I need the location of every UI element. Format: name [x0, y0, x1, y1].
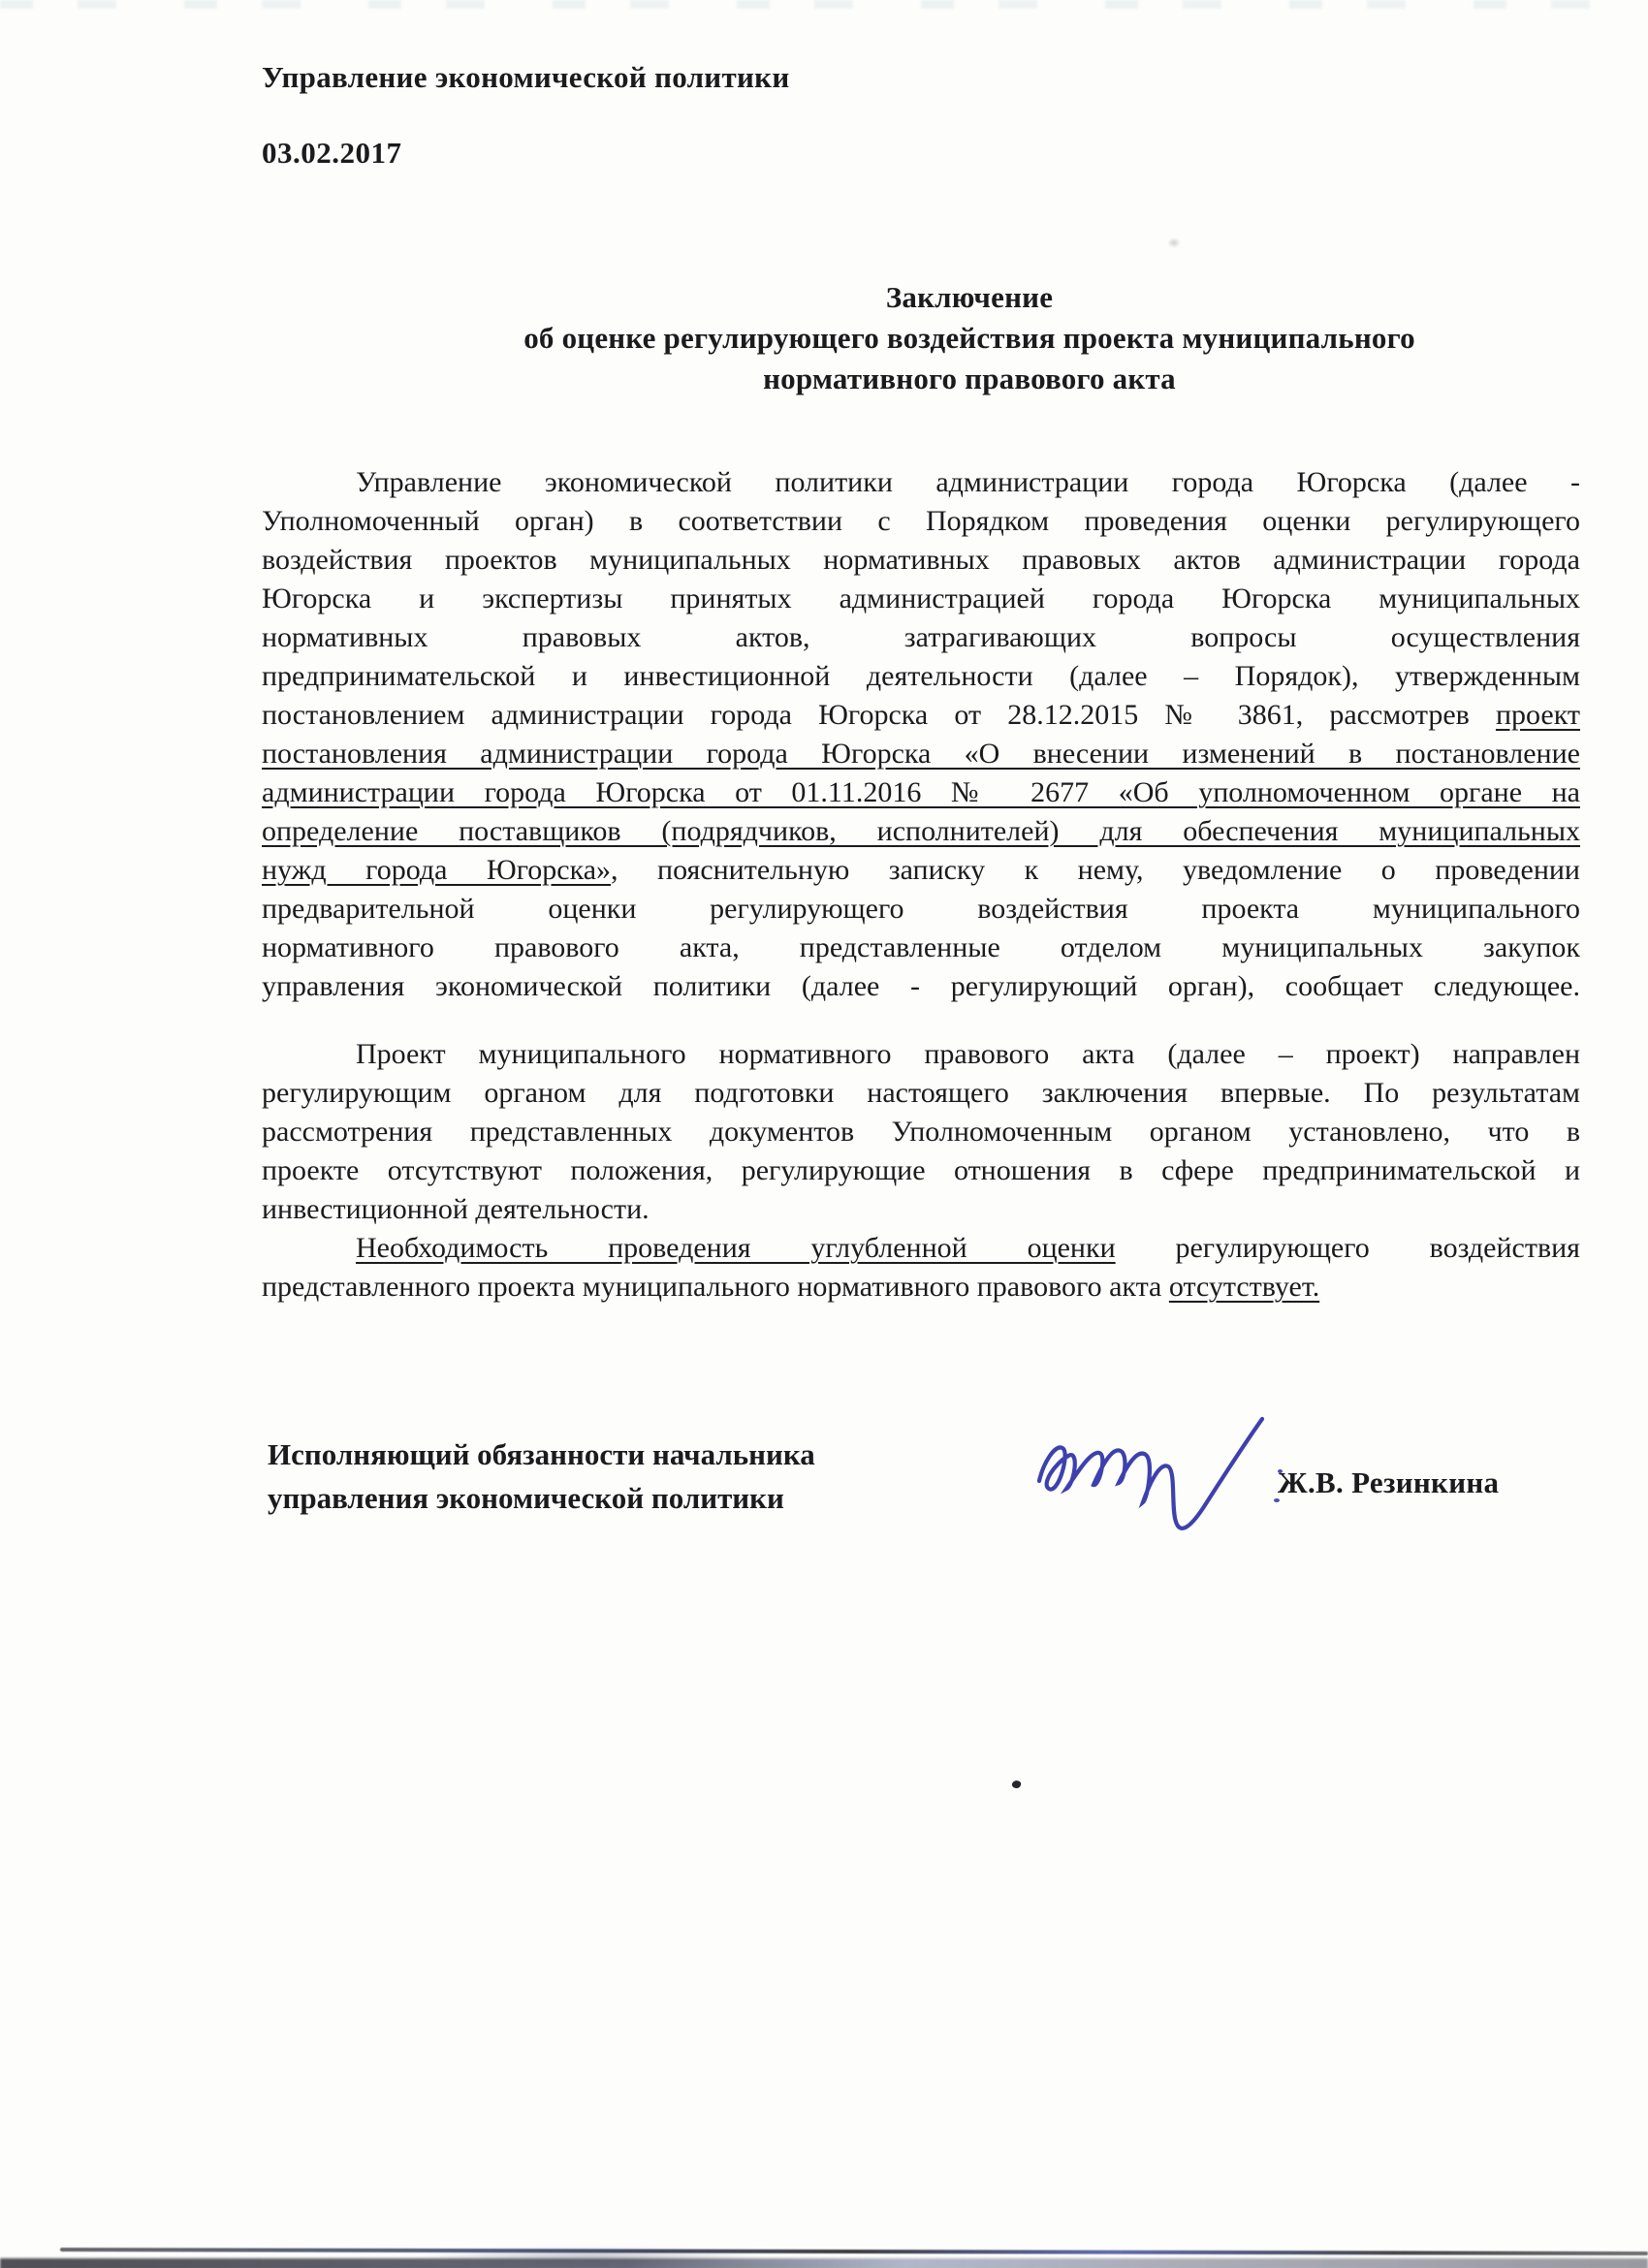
underlined-text: Необходимость проведения углубленной оце…: [356, 1232, 1116, 1264]
title-line: Заключение: [330, 277, 1609, 318]
body-text-line: воздействия проектов муниципальных норма…: [262, 541, 1580, 580]
body-text-line: управления экономической политики (далее…: [262, 967, 1580, 1006]
body-text: Управление экономической политики админи…: [356, 466, 1580, 498]
body-text-line: нормативных правовых актов, затрагивающи…: [262, 618, 1580, 657]
ink-dot-artifact: [1011, 1780, 1022, 1789]
body-text-line: инвестиционной деятельности.: [262, 1190, 1580, 1229]
body-text-line: определение поставщиков (подрядчиков, ис…: [262, 812, 1580, 851]
body-text-line: рассмотрения представленных документов У…: [262, 1113, 1580, 1151]
body-text-line: предварительной оценки регулирующего воз…: [262, 890, 1580, 929]
title-line: нормативного правового акта: [330, 359, 1609, 399]
body-text: регулирующим органом для подготовки наст…: [262, 1077, 1580, 1109]
paragraph: Необходимость проведения углубленной оце…: [262, 1229, 1580, 1307]
underlined-text: нужд города Югорска»: [262, 854, 611, 886]
body-text-line: Югорска и экспертизы принятых администра…: [262, 580, 1580, 618]
scan-smudge-bottom: [417, 2247, 766, 2266]
body-text: Югорска и экспертизы принятых администра…: [262, 583, 1580, 614]
body-text-line: Уполномоченный орган) в соответствии с П…: [262, 502, 1580, 541]
body-text-line: проекте отсутствуют положения, регулирую…: [262, 1151, 1580, 1190]
document-date: 03.02.2017: [262, 136, 402, 171]
body-text: постановлением администрации города Югор…: [262, 699, 1496, 731]
body-text: воздействия проектов муниципальных норма…: [262, 544, 1580, 576]
underlined-text: администрации города Югорска от 01.11.20…: [262, 776, 1580, 808]
scan-smudge: [1167, 237, 1181, 248]
body-text-line: Необходимость проведения углубленной оце…: [262, 1229, 1580, 1268]
body-text-line: постановления администрации города Югорс…: [262, 735, 1580, 773]
body-text-line: Проект муниципального нормативного право…: [262, 1035, 1580, 1074]
paragraph: Управление экономической политики админи…: [262, 463, 1580, 1006]
handwritten-signature: [1026, 1407, 1274, 1553]
document-title: Заключение об оценке регулирующего возде…: [330, 277, 1609, 399]
body-text-line: нормативного правового акта, представлен…: [262, 929, 1580, 967]
signature-stroke: [1039, 1419, 1262, 1528]
scan-line-bottom: [60, 2248, 1648, 2255]
body-text-line: администрации города Югорска от 01.11.20…: [262, 773, 1580, 812]
body-text-line: регулирующим органом для подготовки наст…: [262, 1074, 1580, 1113]
body-text-line: нужд города Югорска», пояснительную запи…: [262, 851, 1580, 890]
underlined-text: определение поставщиков (подрядчиков, ис…: [262, 815, 1580, 847]
body-text: управления экономической политики (далее…: [262, 970, 1580, 1002]
body-text-line: постановлением администрации города Югор…: [262, 696, 1580, 735]
scan-noise-top-edge: [0, 0, 1648, 9]
body-text: Проект муниципального нормативного право…: [356, 1038, 1580, 1070]
underlined-text: проект: [1496, 699, 1580, 731]
body-text: регулирующего воздействия: [1116, 1232, 1580, 1264]
body-text: рассмотрения представленных документов У…: [262, 1116, 1580, 1148]
body-text: предварительной оценки регулирующего воз…: [262, 893, 1580, 925]
body-text-line: Управление экономической политики админи…: [262, 463, 1580, 502]
underlined-text: постановления администрации города Югорс…: [262, 738, 1580, 770]
body-text: нормативных правовых актов, затрагивающи…: [262, 621, 1580, 653]
document-body: Управление экономической политики админи…: [262, 463, 1580, 1307]
underlined-text: отсутствует.: [1169, 1271, 1319, 1303]
body-text: , пояснительную записку к нему, уведомле…: [611, 854, 1580, 886]
body-text-line: представленного проекта муниципального н…: [262, 1268, 1580, 1307]
paragraph: Проект муниципального нормативного право…: [262, 1035, 1580, 1229]
body-text: нормативного правового акта, представлен…: [262, 931, 1580, 963]
signature-name: Ж.В. Резинкина: [1278, 1465, 1499, 1500]
title-line: об оценке регулирующего воздействия прое…: [330, 318, 1609, 359]
body-text: предпринимательской и инвестиционной дея…: [262, 660, 1580, 692]
signature-position-line: управления экономической политики: [268, 1476, 946, 1520]
scan-band-bottom-edge: [0, 2258, 1648, 2268]
scanned-document-page: Управление экономической политики 03.02.…: [0, 0, 1648, 2268]
signature-position-title: Исполняющий обязанности начальника управ…: [268, 1433, 946, 1520]
body-text: Уполномоченный орган) в соответствии с П…: [262, 505, 1580, 537]
body-text-line: предпринимательской и инвестиционной дея…: [262, 657, 1580, 696]
body-text: представленного проекта муниципального н…: [262, 1271, 1169, 1303]
department-name: Управление экономической политики: [262, 60, 789, 95]
body-text: проекте отсутствуют положения, регулирую…: [262, 1154, 1580, 1186]
body-text: инвестиционной деятельности.: [262, 1193, 650, 1225]
signature-position-line: Исполняющий обязанности начальника: [268, 1433, 946, 1476]
